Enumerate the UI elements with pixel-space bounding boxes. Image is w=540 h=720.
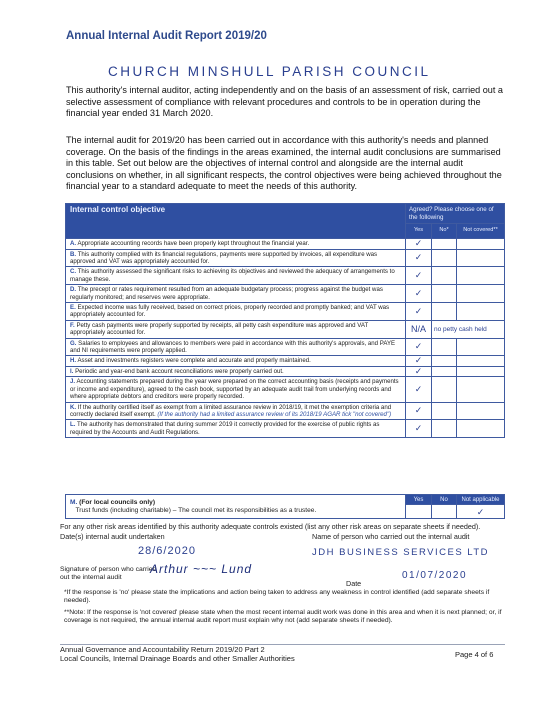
row-letter: F. xyxy=(70,322,75,329)
objective-cell: I. Periodic and year-end bank account re… xyxy=(66,366,406,376)
objective-text: Appropriate accounting records have been… xyxy=(77,240,309,247)
objective-text: Expected income was fully received, base… xyxy=(70,304,389,318)
row-letter: M. xyxy=(70,499,77,506)
footer-line-2: Local Councils, Internal Drainage Boards… xyxy=(60,655,295,664)
yes-cell[interactable]: N/A xyxy=(406,320,432,338)
no-cell[interactable] xyxy=(432,338,457,356)
objective-text: Periodic and year-end bank account recon… xyxy=(75,368,284,375)
table-row: H. Asset and investments registers were … xyxy=(66,356,505,366)
intro-paragraph-2: The internal audit for 2019/20 has been … xyxy=(66,135,506,193)
header-no: No* xyxy=(432,224,457,239)
not-covered-cell[interactable] xyxy=(457,338,505,356)
page-title: Annual Internal Audit Report 2019/20 xyxy=(66,30,267,42)
no-cell[interactable] xyxy=(432,402,457,420)
no-cell[interactable] xyxy=(432,356,457,366)
objective-text: Petty cash payments were properly suppor… xyxy=(70,322,368,336)
m-yes-cell[interactable] xyxy=(406,505,432,519)
not-covered-cell[interactable] xyxy=(457,366,505,376)
objective-cell: C. This authority assessed the significa… xyxy=(66,267,406,285)
yes-cell[interactable]: ✓ xyxy=(406,402,432,420)
m-header-no: No xyxy=(432,495,457,505)
authority-name: CHURCH MINSHULL PARISH COUNCIL xyxy=(108,64,431,79)
table-row: C. This authority assessed the significa… xyxy=(66,267,505,285)
table-row: B. This authority complied with its fina… xyxy=(66,249,505,267)
row-letter: E. xyxy=(70,304,76,311)
objective-text: Asset and investments registers were com… xyxy=(77,357,310,364)
table-row: A. Appropriate accounting records have b… xyxy=(66,239,505,249)
footer-text: Annual Governance and Accountability Ret… xyxy=(60,646,295,663)
no-cell[interactable] xyxy=(432,303,457,321)
yes-cell[interactable]: ✓ xyxy=(406,303,432,321)
table-row: F. Petty cash payments were properly sup… xyxy=(66,320,505,338)
trust-funds-objective: M. (For local councils only) Trust funds… xyxy=(66,495,406,519)
signature-value: Arthur ~~~ Lund xyxy=(150,562,252,576)
objective-text: This authority complied with its financi… xyxy=(70,251,377,265)
not-covered-cell[interactable] xyxy=(457,239,505,249)
yes-cell[interactable]: ✓ xyxy=(406,420,432,438)
footnote-not-covered: **Note: If the response is 'not covered'… xyxy=(64,609,514,625)
not-covered-cell[interactable] xyxy=(457,267,505,285)
trust-funds-heading: (For local councils only) xyxy=(79,499,155,506)
objective-text: This authority assessed the significant … xyxy=(70,268,395,282)
dates-label: Date(s) internal audit undertaken xyxy=(60,532,165,541)
table-row: D. The precept or rates requirement resu… xyxy=(66,285,505,303)
row-letter: K. xyxy=(70,404,76,411)
not-covered-cell[interactable] xyxy=(457,249,505,267)
objective-cell: F. Petty cash payments were properly sup… xyxy=(66,320,406,338)
row-letter: C. xyxy=(70,268,76,275)
yes-cell[interactable]: ✓ xyxy=(406,377,432,402)
no-cell[interactable] xyxy=(432,285,457,303)
objective-cell: B. This authority complied with its fina… xyxy=(66,249,406,267)
yes-cell[interactable]: ✓ xyxy=(406,338,432,356)
page-number: Page 4 of 6 xyxy=(455,650,493,659)
table-row: K. If the authority certified itself as … xyxy=(66,402,505,420)
no-cell[interactable] xyxy=(432,377,457,402)
trust-funds-table: M. (For local councils only) Trust funds… xyxy=(65,494,505,519)
objective-cell: J. Accounting statements prepared during… xyxy=(66,377,406,402)
objective-text: The precept or rates requirement resulte… xyxy=(70,286,383,300)
not-covered-cell[interactable] xyxy=(457,356,505,366)
row-letter: A. xyxy=(70,240,76,247)
audit-dates-value: 28/6/2020 xyxy=(138,545,196,557)
objective-note: (If the authority had a limited assuranc… xyxy=(157,411,391,418)
table-row: G. Salaries to employees and allowances … xyxy=(66,338,505,356)
yes-cell[interactable]: ✓ xyxy=(406,356,432,366)
row-letter: H. xyxy=(70,357,76,364)
objective-text: Accounting statements prepared during th… xyxy=(70,378,399,400)
row-letter: L. xyxy=(70,421,75,428)
intro-paragraph-1: This authority's internal auditor, actin… xyxy=(66,85,506,120)
no-cell[interactable] xyxy=(432,366,457,376)
row-letter: I. xyxy=(70,368,73,375)
not-covered-cell[interactable] xyxy=(457,420,505,438)
yes-cell[interactable]: ✓ xyxy=(406,366,432,376)
internal-control-table: Internal control objective Agreed? Pleas… xyxy=(65,203,505,438)
no-cell[interactable] xyxy=(432,267,457,285)
table-row: L. The authority has demonstrated that d… xyxy=(66,420,505,438)
objective-cell: H. Asset and investments registers were … xyxy=(66,356,406,366)
header-agreed: Agreed? Please choose one of the followi… xyxy=(406,204,505,224)
objective-cell: D. The precept or rates requirement resu… xyxy=(66,285,406,303)
objective-cell: E. Expected income was fully received, b… xyxy=(66,303,406,321)
table-row: J. Accounting statements prepared during… xyxy=(66,377,505,402)
header-yes: Yes xyxy=(406,224,432,239)
trust-funds-text: Trust funds (including charitable) – The… xyxy=(76,507,317,514)
objective-text: Salaries to employees and allowances to … xyxy=(70,340,395,354)
objective-cell: G. Salaries to employees and allowances … xyxy=(66,338,406,356)
not-covered-cell[interactable] xyxy=(457,285,505,303)
table-row: E. Expected income was fully received, b… xyxy=(66,303,505,321)
signature-label: Signature of person who carried out the … xyxy=(60,566,160,582)
m-na-cell[interactable]: ✓ xyxy=(457,505,505,519)
signature-date-label: Date xyxy=(346,579,361,588)
signature-date-value: 01/07/2020 xyxy=(402,570,467,581)
not-covered-cell[interactable] xyxy=(457,402,505,420)
objective-text: The authority has demonstrated that duri… xyxy=(70,421,379,435)
row-letter: B. xyxy=(70,251,76,258)
no-cell[interactable] xyxy=(432,420,457,438)
m-header-yes: Yes xyxy=(406,495,432,505)
objective-cell: K. If the authority certified itself as … xyxy=(66,402,406,420)
objective-cell: L. The authority has demonstrated that d… xyxy=(66,420,406,438)
no-cell-comment[interactable]: no petty cash held xyxy=(432,320,505,338)
row-letter: D. xyxy=(70,286,76,293)
yes-cell[interactable]: ✓ xyxy=(406,267,432,285)
not-covered-cell[interactable] xyxy=(457,377,505,402)
m-no-cell[interactable] xyxy=(432,505,457,519)
other-risk-areas: For any other risk areas identified by t… xyxy=(60,522,530,531)
header-objective: Internal control objective xyxy=(66,204,406,239)
not-covered-cell[interactable] xyxy=(457,303,505,321)
yes-cell[interactable]: ✓ xyxy=(406,249,432,267)
footnote-no: *If the response is 'no' please state th… xyxy=(64,589,504,605)
yes-cell[interactable]: ✓ xyxy=(406,285,432,303)
table-row: I. Periodic and year-end bank account re… xyxy=(66,366,505,376)
yes-cell[interactable]: ✓ xyxy=(406,239,432,249)
m-header-na: Not applicable xyxy=(457,495,505,505)
objective-cell: A. Appropriate accounting records have b… xyxy=(66,239,406,249)
row-letter: G. xyxy=(70,340,76,347)
no-cell[interactable] xyxy=(432,239,457,249)
header-not-covered: Not covered** xyxy=(457,224,505,239)
no-cell[interactable] xyxy=(432,249,457,267)
auditor-name-label: Name of person who carried out the inter… xyxy=(312,532,469,541)
row-letter: J. xyxy=(70,378,75,385)
auditor-name-value: JDH BUSINESS SERVICES LTD xyxy=(312,547,489,558)
